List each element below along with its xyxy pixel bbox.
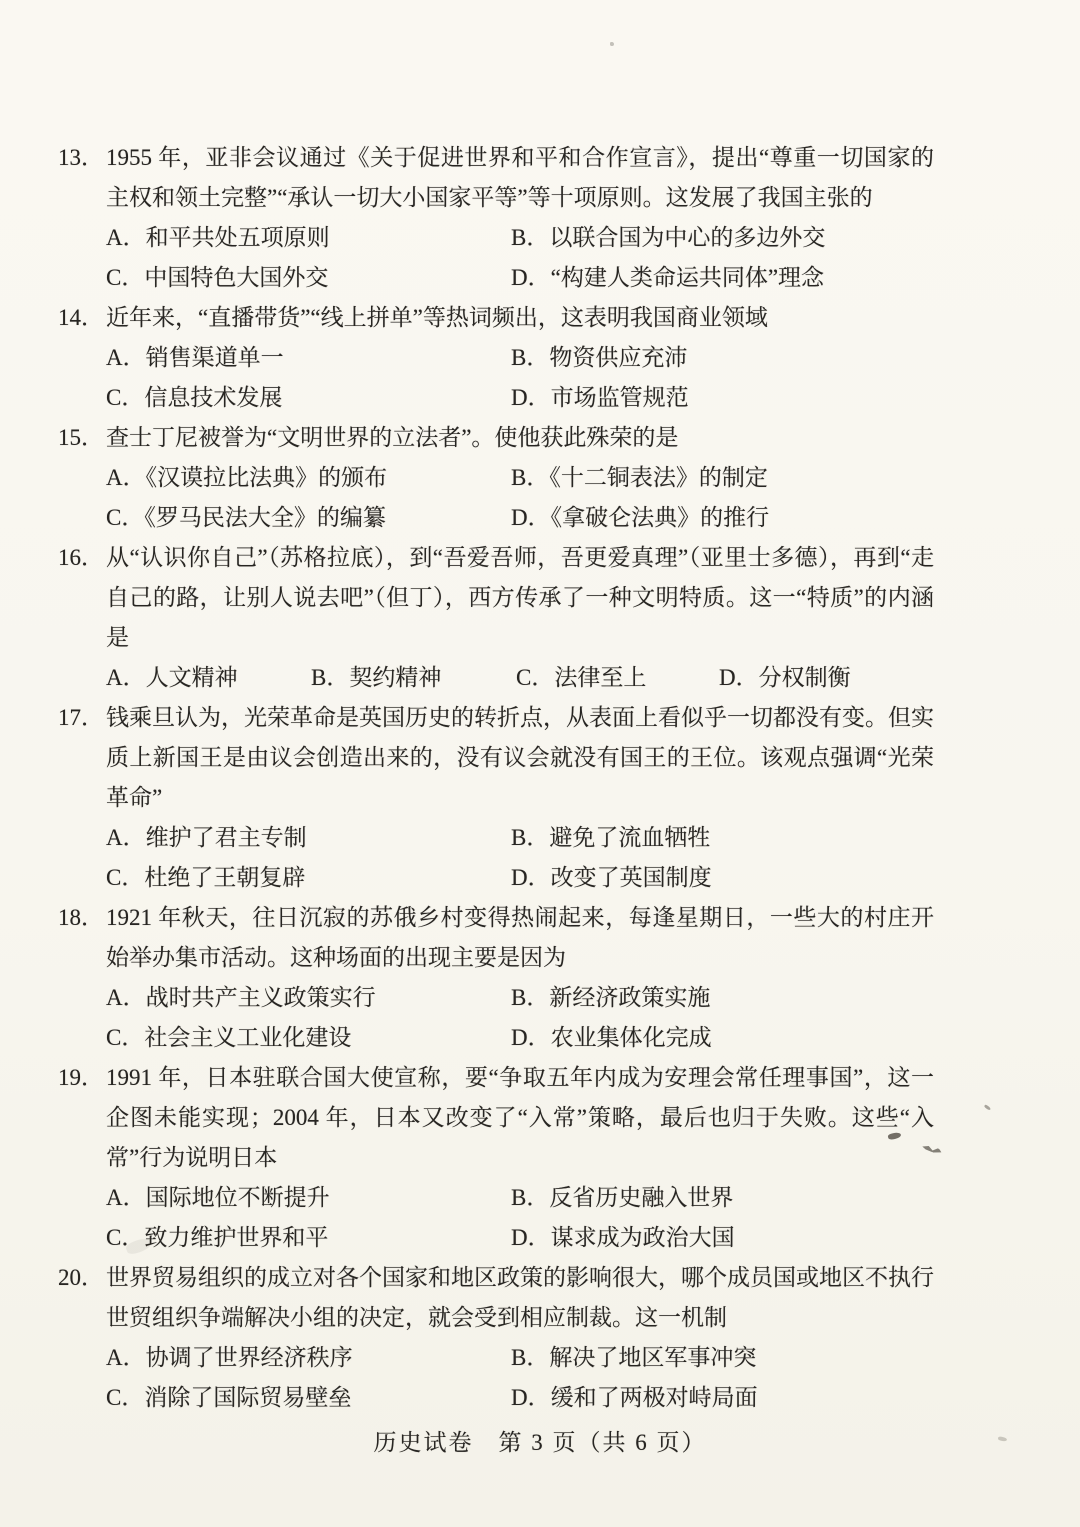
option-d: D．谋求成为政治大国 — [511, 1218, 735, 1258]
option-d: D．“构建人类命运共同体”理念 — [511, 258, 824, 298]
option-d: D．农业集体化完成 — [511, 1018, 712, 1058]
option-a: A．战时共产主义政策实行 — [106, 978, 376, 1018]
option-grid: A．维护了君主专制B．避免了流血牺牲C．杜绝了王朝复辟D．改变了英国制度 — [106, 818, 934, 898]
option-b: B．新经济政策实施 — [511, 978, 710, 1018]
question: 18． 1921 年秋天，往日沉寂的苏俄乡村变得热闹起来，每逢星期日，一些大的村… — [58, 898, 934, 1058]
option-a: A．《汉谟拉比法典》的颁布 — [106, 458, 387, 498]
option-grid: A．人文精神B．契约精神C．法律至上D．分权制衡 — [106, 658, 934, 698]
question-number: 18． — [58, 898, 106, 978]
option-a: A．和平共处五项原则 — [106, 218, 330, 258]
option-d: D．分权制衡 — [719, 658, 851, 698]
option-c: C．信息技术发展 — [106, 378, 282, 418]
question: 13． 1955 年，亚非会议通过《关于促进世界和平和合作宣言》，提出“尊重一切… — [58, 138, 934, 298]
option-b: B．避免了流血牺牲 — [511, 818, 710, 858]
option-b: B．反省历史融入世界 — [511, 1178, 733, 1218]
option-b: B．物资供应充沛 — [511, 338, 687, 378]
question: 17． 钱乘旦认为，光荣革命是英国历史的转折点，从表面上看似乎一切都没有变。但实… — [58, 698, 934, 898]
question: 16． 从“认识你自己”（苏格拉底），到“吾爱吾师，吾更爱真理”（亚里士多德），… — [58, 538, 934, 698]
option-a: A．销售渠道单一 — [106, 338, 284, 378]
option-grid: A．战时共产主义政策实行B．新经济政策实施C．社会主义工业化建设D．农业集体化完… — [106, 978, 934, 1058]
question-stem-row: 13． 1955 年，亚非会议通过《关于促进世界和平和合作宣言》，提出“尊重一切… — [58, 138, 934, 218]
option-b: B．以联合国为中心的多边外交 — [511, 218, 825, 258]
option-d: D．《拿破仑法典》的推行 — [511, 498, 769, 538]
option-a: A．维护了君主专制 — [106, 818, 307, 858]
option-a: A．人文精神 — [106, 658, 238, 698]
option-c: C．杜绝了王朝复辟 — [106, 858, 305, 898]
question: 14． 近年来，“直播带货”“线上拼单”等热词频出，这表明我国商业领域 A．销售… — [58, 298, 934, 418]
page-footer: 历史试卷 第 3 页（共 6 页） — [0, 1424, 1080, 1457]
question-stem-row: 14． 近年来，“直播带货”“线上拼单”等热词频出，这表明我国商业领域 — [58, 298, 934, 338]
question: 19． 1991 年，日本驻联合国大使宣称，要“争取五年内成为安理会常任理事国”… — [58, 1058, 934, 1258]
question: 15． 查士丁尼被誉为“文明世界的立法者”。使他获此殊荣的是 A．《汉谟拉比法典… — [58, 418, 934, 538]
question-number: 13． — [58, 138, 106, 218]
scan-smudge — [984, 1104, 991, 1110]
option-grid: A．销售渠道单一B．物资供应充沛C．信息技术发展D．市场监管规范 — [106, 338, 934, 418]
question-stem-row: 16． 从“认识你自己”（苏格拉底），到“吾爱吾师，吾更爱真理”（亚里士多德），… — [58, 538, 934, 658]
question-stem: 世界贸易组织的成立对各个国家和地区政策的影响很大，哪个成员国或地区不执行世贸组织… — [106, 1258, 934, 1338]
question-number: 14． — [58, 298, 106, 338]
question-stem: 近年来，“直播带货”“线上拼单”等热词频出，这表明我国商业领域 — [106, 298, 934, 338]
option-b: B．《十二铜表法》的制定 — [511, 458, 768, 498]
option-d: D．缓和了两极对峙局面 — [511, 1378, 758, 1418]
question-stem: 1955 年，亚非会议通过《关于促进世界和平和合作宣言》，提出“尊重一切国家的主… — [106, 138, 934, 218]
question-stem: 查士丁尼被誉为“文明世界的立法者”。使他获此殊荣的是 — [106, 418, 934, 458]
question-stem: 1991 年，日本驻联合国大使宣称，要“争取五年内成为安理会常任理事国”，这一企… — [106, 1058, 934, 1178]
option-c: C．中国特色大国外交 — [106, 258, 328, 298]
option-c: C．法律至上 — [516, 658, 646, 698]
exam-paper-page: 13． 1955 年，亚非会议通过《关于促进世界和平和合作宣言》，提出“尊重一切… — [0, 0, 1080, 1527]
question-number: 20． — [58, 1258, 106, 1338]
option-grid: A．协调了世界经济秩序B．解决了地区军事冲突C．消除了国际贸易壁垒D．缓和了两极… — [106, 1338, 934, 1418]
question-stem-row: 18． 1921 年秋天，往日沉寂的苏俄乡村变得热闹起来，每逢星期日，一些大的村… — [58, 898, 934, 978]
question-number: 16． — [58, 538, 106, 658]
option-grid: A．《汉谟拉比法典》的颁布B．《十二铜表法》的制定C．《罗马民法大全》的编纂D．… — [106, 458, 934, 538]
question-number: 17． — [58, 698, 106, 818]
option-b: B．解决了地区军事冲突 — [511, 1338, 756, 1378]
option-c: C．《罗马民法大全》的编纂 — [106, 498, 386, 538]
question-stem-row: 15． 查士丁尼被誉为“文明世界的立法者”。使他获此殊荣的是 — [58, 418, 934, 458]
question-stem-row: 20． 世界贸易组织的成立对各个国家和地区政策的影响很大，哪个成员国或地区不执行… — [58, 1258, 934, 1338]
question: 20． 世界贸易组织的成立对各个国家和地区政策的影响很大，哪个成员国或地区不执行… — [58, 1258, 934, 1418]
question-number: 15． — [58, 418, 106, 458]
question-stem: 从“认识你自己”（苏格拉底），到“吾爱吾师，吾更爱真理”（亚里士多德），再到“走… — [106, 538, 934, 658]
option-b: B．契约精神 — [311, 658, 441, 698]
question-stem: 1921 年秋天，往日沉寂的苏俄乡村变得热闹起来，每逢星期日，一些大的村庄开始举… — [106, 898, 934, 978]
scan-smudge — [610, 42, 614, 46]
option-grid: A．和平共处五项原则B．以联合国为中心的多边外交C．中国特色大国外交D．“构建人… — [106, 218, 934, 298]
question-stem-row: 17． 钱乘旦认为，光荣革命是英国历史的转折点，从表面上看似乎一切都没有变。但实… — [58, 698, 934, 818]
footer-text: 历史试卷 第 3 页（共 6 页） — [374, 1430, 707, 1455]
question-stem-row: 19． 1991 年，日本驻联合国大使宣称，要“争取五年内成为安理会常任理事国”… — [58, 1058, 934, 1178]
option-a: A．国际地位不断提升 — [106, 1178, 330, 1218]
option-grid: A．国际地位不断提升B．反省历史融入世界C．致力维护世界和平D．谋求成为政治大国 — [106, 1178, 934, 1258]
option-a: A．协调了世界经济秩序 — [106, 1338, 353, 1378]
option-c: C．社会主义工业化建设 — [106, 1018, 351, 1058]
option-c: C．消除了国际贸易壁垒 — [106, 1378, 351, 1418]
question-list: 13． 1955 年，亚非会议通过《关于促进世界和平和合作宣言》，提出“尊重一切… — [58, 138, 934, 1418]
question-stem: 钱乘旦认为，光荣革命是英国历史的转折点，从表面上看似乎一切都没有变。但实质上新国… — [106, 698, 934, 818]
option-d: D．改变了英国制度 — [511, 858, 712, 898]
option-d: D．市场监管规范 — [511, 378, 689, 418]
question-number: 19． — [58, 1058, 106, 1178]
